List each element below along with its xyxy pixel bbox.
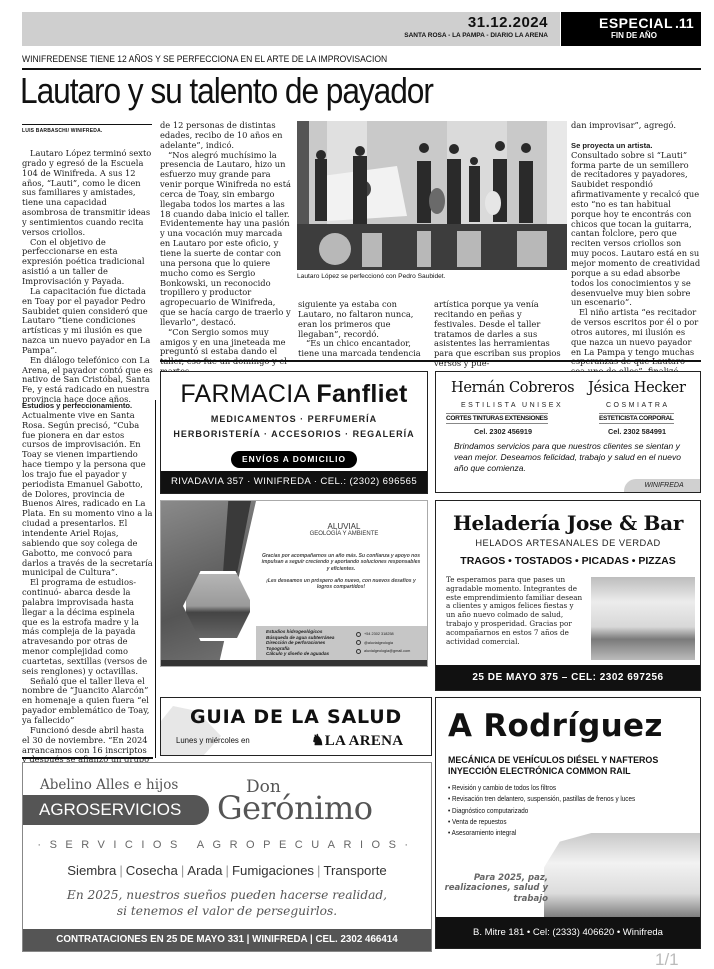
list-item: • Asesoramiento integral — [448, 827, 635, 838]
services-list: Siembra|Cosecha|Arada|Fumigaciones|Trans… — [23, 863, 431, 878]
stage-photo-illustration — [297, 121, 567, 270]
list-item: • Revisión y cambio de todos los filtros — [448, 782, 635, 793]
ad-tagline: CORTES TINTURAS EXTENSIONES — [446, 413, 548, 424]
ad-role: ESTILISTA UNISEX — [461, 402, 563, 409]
divider — [155, 400, 156, 758]
section-badge: ESPECIAL .11 FIN DE AÑO — [561, 12, 701, 46]
pickup-truck-photo — [544, 833, 701, 919]
contact-list: +54 2302 318258 @aluvialgeologia aluvial… — [356, 630, 410, 656]
ad-footer: B. Mitre 181 • Cel: (2333) 406620 • Wini… — [436, 917, 700, 948]
article-byline: LUIS BARBASCHI/ WINIFREDA. — [22, 128, 102, 134]
article-column-1b: Estudios y perfeccionamiento. Actualment… — [22, 401, 153, 765]
paragraph: “Con Sergio somos muy amigos y en una ji… — [160, 328, 292, 377]
paragraph: Con el objetivo de perfeccionarse en est… — [22, 238, 153, 287]
article-column-1: Lautaro López terminó sexto grado y egre… — [22, 149, 153, 405]
paragraph: siguiente ya estaba con Lautaro, no falt… — [298, 300, 430, 339]
ad-brand: Gerónimo — [217, 789, 373, 827]
ad-title: Heladería Jose & Bar — [436, 511, 700, 535]
ad-phone: Cel. 2302 456919 — [474, 427, 532, 436]
ad-message: Te esperamos para que pases un agradable… — [446, 576, 584, 646]
ad-don-geronimo: Abelino Alles e hijos AGROSERVICIOS Don … — [22, 762, 432, 952]
paragraph: de 12 personas de distintas edades, reci… — [160, 121, 292, 151]
services-list: • Revisión y cambio de todos los filtros… — [448, 782, 635, 838]
list-item: • Venta de repuestos — [448, 816, 635, 827]
article-column-5: dan improvisar”, agregó. Se proyecta un … — [571, 121, 701, 387]
article-headline: Lautaro y su talento de payador — [20, 70, 433, 112]
article-kicker: WINIFREDENSE TIENE 12 AÑOS Y SE PERFECCI… — [22, 54, 387, 64]
paragraph: “Nos alegró muchísimo la presencia de La… — [160, 151, 292, 328]
ad-items: TRAGOS • TOSTADOS • PICADAS • PIZZAS — [436, 555, 700, 567]
ad-footer: RIVADAVIA 357 · WINIFREDA · CEL.: (2302)… — [161, 471, 427, 493]
whatsapp-icon — [356, 632, 361, 637]
ad-heladeria-jose: Heladería Jose & Bar HELADOS ARTESANALES… — [435, 500, 701, 691]
list-item: • Revisación tren delantero, suspensión,… — [448, 793, 635, 804]
paragraph: “Es un chico encantador, tiene una marca… — [298, 339, 430, 359]
photo-caption: Lautaro López se perfeccionó con Pedro S… — [297, 273, 445, 280]
ad-specialty: MECÁNICA DE VEHÍCULOS DIÉSEL Y NAFTEROS … — [448, 755, 658, 776]
ad-role: COSMIATRA — [606, 402, 670, 409]
header-bar: 31.12.2024 SANTA ROSA - LA PAMPA - DIARI… — [22, 12, 560, 46]
paragraph: Actualmente vive en Santa Rosa. Según pr… — [22, 411, 153, 578]
paragraph: En diálogo telefónico con La Arena, el p… — [22, 356, 153, 405]
ad-footer: 25 DE MAYO 375 – CEL: 2302 697256 — [436, 665, 700, 690]
horseman-icon: ♞ — [311, 733, 325, 749]
paragraph: Lautaro López terminó sexto grado y egre… — [22, 149, 153, 238]
ad-aluvial: ALUVIAL GEOLOGÍA Y AMBIENTE Gracias por … — [160, 500, 428, 667]
ad-tagline: ·SERVICIOS AGROPECUARIOS· — [23, 839, 431, 851]
ad-owner: Abelino Alles e hijos — [40, 777, 178, 793]
ad-title: GUIA DE LA SALUD — [161, 706, 431, 728]
ad-title: FARMACIA Fanfliet — [161, 380, 427, 409]
article-column-3: siguiente ya estaba con Lautaro, no falt… — [298, 300, 430, 359]
ad-tagline: ESTETICISTA CORPORAL — [599, 413, 674, 424]
ad-subtitle: HELADOS ARTESANALES DE VERDAD — [436, 538, 700, 548]
delivery-badge: ENVÍOS A DOMICILIO — [231, 451, 357, 468]
edition-date: 31.12.2024 — [468, 14, 548, 31]
ad-line: HERBORISTERÍA · ACCESORIOS · REGALERÍA — [161, 429, 427, 439]
ad-name: Hernán Cobreros — [451, 380, 574, 396]
ad-farmacia-fanfliet: FARMACIA Fanfliet MEDICAMENTOS · PERFUME… — [160, 371, 428, 494]
list-item: • Diagnóstico computarizado — [448, 805, 635, 816]
decorative-band — [161, 660, 427, 666]
ad-message: Gracias por acompañarnos un año más. Su … — [261, 553, 421, 590]
paragraph: La capacitación fue dictada en Toay por … — [22, 287, 153, 356]
services-band: Estudios hidrogeológicos Búsqueda de agu… — [256, 626, 427, 660]
ad-town-tab: WINIFREDA — [624, 479, 701, 493]
paragraph: artística porque ya venía recitando en p… — [434, 300, 566, 369]
ad-badge: AGROSERVICIOS — [23, 795, 209, 825]
article-column-4: artística porque ya venía recitando en p… — [434, 300, 566, 369]
article-photo — [297, 121, 567, 270]
section-title: ESPECIAL — [599, 15, 673, 31]
ad-subtitle: GEOLOGÍA Y AMBIENTE — [261, 531, 427, 537]
ad-message: Brindamos servicios para que nuestros cl… — [454, 441, 694, 474]
divider — [22, 757, 153, 759]
instagram-icon — [356, 640, 361, 645]
page-number: .11 — [675, 15, 694, 31]
paragraph: El programa de estudios-continuó- abarca… — [22, 578, 153, 676]
paragraph: Señaló que el taller lleva el nombre de … — [22, 677, 153, 726]
divider — [160, 360, 701, 362]
page-indicator: 1/1 — [655, 950, 679, 969]
ad-phone: Cel. 2302 584991 — [608, 427, 666, 436]
ad-title: ALUVIAL — [261, 522, 427, 531]
section-subtitle: FIN DE AÑO — [611, 31, 657, 40]
ad-name: Jésica Hecker — [588, 380, 686, 396]
la-arena-logo: ♞LA ARENA — [311, 731, 403, 750]
paragraph: Consultado sobre si “Lauti” forma parte … — [571, 151, 701, 309]
ad-message: En 2025, nuestros sueños pueden hacerse … — [23, 887, 431, 919]
ad-line: MEDICAMENTOS · PERFUMERÍA — [161, 414, 427, 424]
ad-guia-de-la-salud: GUIA DE LA SALUD Lunes y miércoles en ♞L… — [160, 697, 432, 756]
article-column-2: de 12 personas de distintas edades, reci… — [160, 121, 292, 377]
edition-location: SANTA ROSA - LA PAMPA - DIARIO LA ARENA — [404, 32, 548, 39]
services-list: Estudios hidrogeológicos Búsqueda de agu… — [266, 629, 334, 657]
ad-footer: CONTRATACIONES EN 25 DE MAYO 331 | WINIF… — [23, 929, 431, 951]
paragraph: dan improvisar”, agregó. — [571, 121, 701, 131]
mail-icon — [356, 649, 361, 654]
ad-a-rodriguez: A Rodríguez MECÁNICA DE VEHÍCULOS DIÉSEL… — [435, 697, 701, 949]
ad-cobreros-hecker: Hernán Cobreros ESTILISTA UNISEX CORTES … — [435, 371, 701, 493]
ad-schedule: Lunes y miércoles en — [176, 736, 250, 745]
ad-message: Para 2025, paz, realizaciones, salud y t… — [444, 873, 548, 904]
divider — [22, 124, 152, 125]
paragraph: Funcionó desde abril hasta el 30 de novi… — [22, 726, 153, 765]
shop-interior-photo — [591, 577, 695, 660]
ad-title: A Rodríguez — [448, 708, 663, 744]
